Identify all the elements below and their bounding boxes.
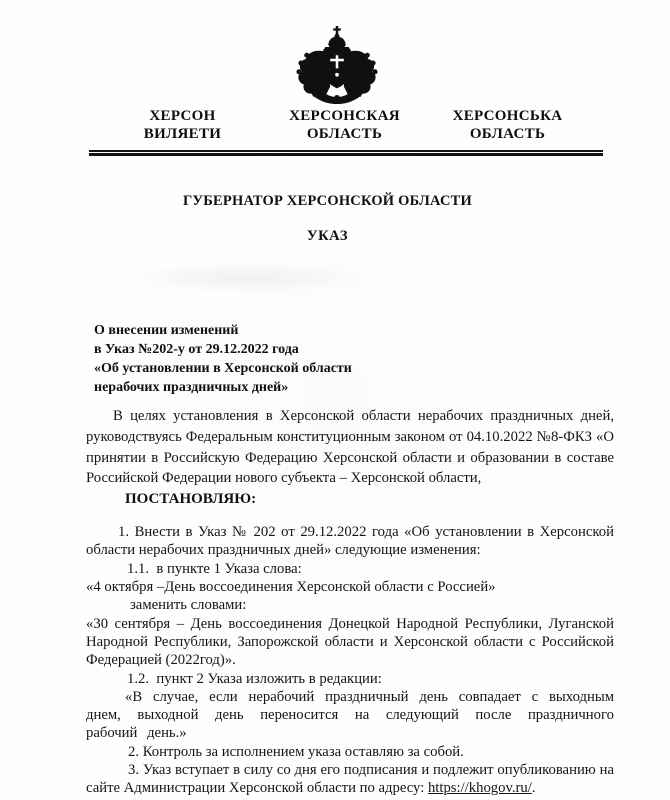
header-divider bbox=[89, 150, 603, 152]
org-center-line1: ХЕРСОНСКАЯ bbox=[262, 108, 427, 126]
body-paragraph-1-1: 1.1. в пункте 1 Указа слова: bbox=[86, 560, 614, 578]
authority-title: ГУБЕРНАТОР ХЕРСОНСКОЙ ОБЛАСТИ bbox=[86, 192, 569, 210]
body-paragraph-quote-old: «4 октября –День воссоединения Херсонско… bbox=[86, 578, 614, 596]
org-left-line1: ХЕРСОН bbox=[105, 108, 260, 126]
org-right-line1: ХЕРСОНСЬКА bbox=[425, 108, 590, 126]
operative-part: 1. Внести в Указ № 202 от 29.12.2022 год… bbox=[86, 523, 614, 797]
subject-line-3: «Об установлении в Херсонской области bbox=[94, 359, 614, 378]
header-org-name-center: ХЕРСОНСКАЯ ОБЛАСТЬ bbox=[262, 108, 427, 143]
body-paragraph-quote-rule: «В случае, если нерабочий праздничный де… bbox=[86, 688, 614, 743]
resolve-heading: ПОСТАНОВЛЯЮ: bbox=[86, 490, 614, 509]
header-org-name-left: ХЕРСОН ВИЛЯЕТИ bbox=[105, 108, 260, 143]
body-paragraph-1-2: 1.2. пункт 2 Указа изложить в редакции: bbox=[86, 670, 614, 688]
document-body: ГУБЕРНАТОР ХЕРСОНСКОЙ ОБЛАСТИ УКАЗ О вне… bbox=[86, 192, 614, 798]
body-paragraph-2: 2. Контроль за исполнением указа оставля… bbox=[86, 743, 614, 761]
subject-line-4: нерабочих праздничных дней» bbox=[94, 378, 614, 397]
subject-line-2: в Указ №202-у от 29.12.2022 года bbox=[94, 340, 614, 359]
subject-block: О внесении изменений в Указ №202-у от 29… bbox=[94, 321, 614, 397]
body-paragraph-3: 3. Указ вступает в силу со дня его подпи… bbox=[86, 761, 614, 798]
preamble-paragraph: В целях установления в Херсонской област… bbox=[86, 406, 614, 489]
org-center-line2: ОБЛАСТЬ bbox=[262, 126, 427, 144]
org-left-line2: ВИЛЯЕТИ bbox=[105, 126, 260, 144]
khogov-link[interactable]: https://khogov.ru/ bbox=[428, 780, 532, 796]
coat-of-arms-icon bbox=[289, 26, 385, 104]
body-paragraph-1: 1. Внести в Указ № 202 от 29.12.2022 год… bbox=[86, 523, 614, 560]
doc-type-title: УКАЗ bbox=[86, 227, 569, 245]
paragraph-3-period: . bbox=[532, 780, 536, 796]
body-paragraph-replace: заменить словами: bbox=[86, 596, 614, 614]
body-paragraph-quote-new: «30 сентября – День воссоединения Донецк… bbox=[86, 615, 614, 670]
org-right-line2: ОБЛАСТЬ bbox=[425, 126, 590, 144]
header-org-name-right: ХЕРСОНСЬКА ОБЛАСТЬ bbox=[425, 108, 590, 143]
document-page: ХЕРСОН ВИЛЯЕТИ ХЕРСОНСКАЯ ОБЛАСТЬ ХЕРСОН… bbox=[0, 0, 670, 800]
subject-line-1: О внесении изменений bbox=[94, 321, 614, 340]
